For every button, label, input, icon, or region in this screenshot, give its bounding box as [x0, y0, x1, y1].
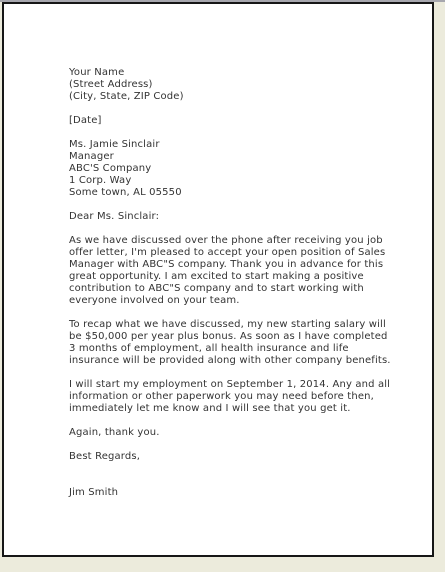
recipient-address-block: Ms. Jamie Sinclair Manager ABC'S Company… [69, 139, 429, 199]
paragraph-start-date: I will start my employment on September … [69, 379, 429, 415]
signature-name: Jim Smith [69, 487, 429, 499]
sender-address-block: Your Name (Street Address) (City, State,… [69, 67, 429, 103]
salutation: Dear Ms. Sinclair: [69, 211, 429, 223]
letter-page: Your Name (Street Address) (City, State,… [2, 2, 434, 557]
letter-content: Your Name (Street Address) (City, State,… [69, 67, 429, 511]
closing-thanks: Again, thank you. [69, 427, 429, 439]
sign-off: Best Regards, [69, 451, 429, 463]
date-placeholder: [Date] [69, 115, 429, 127]
paragraph-salary-benefits: To recap what we have discussed, my new … [69, 319, 429, 367]
paragraph-acceptance: As we have discussed over the phone afte… [69, 235, 429, 307]
